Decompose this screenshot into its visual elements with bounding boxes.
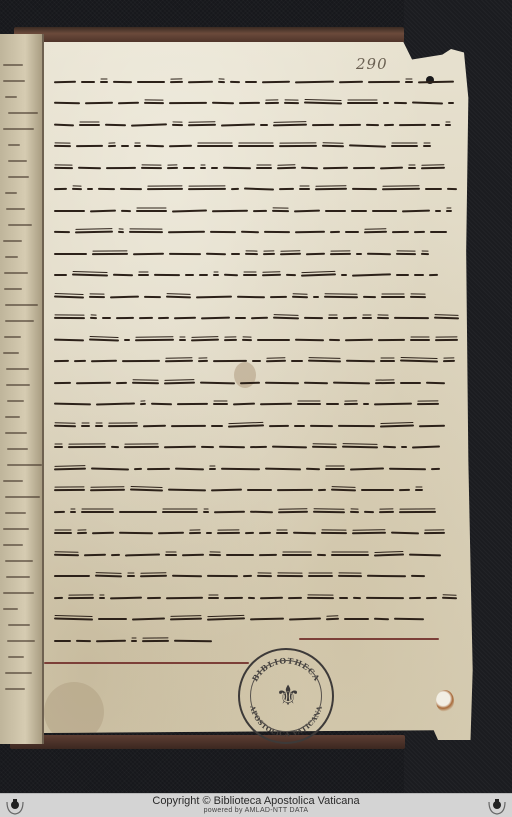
script-line <box>54 309 464 323</box>
margin-note-stroke <box>4 336 21 338</box>
script-line <box>54 567 430 581</box>
binding-top-edge <box>14 27 404 43</box>
margin-note-stroke <box>4 288 22 290</box>
script-line <box>54 330 463 344</box>
script-line <box>54 158 450 172</box>
vatican-library-logo-icon <box>486 796 508 816</box>
margin-note-stroke <box>8 144 20 146</box>
script-line <box>54 588 462 602</box>
margin-note-stroke <box>8 624 30 626</box>
script-line <box>54 545 446 559</box>
margin-note-stroke <box>3 240 22 242</box>
script-line <box>54 438 445 452</box>
margin-note-stroke <box>6 208 25 210</box>
manuscript-viewer[interactable]: 290 BIBLIOTHECA APOSTOLICA VATICANA ⚜ <box>0 0 512 793</box>
margin-note-stroke <box>8 224 32 226</box>
margin-note-stroke <box>6 384 30 386</box>
copyright-text: Copyright © Biblioteca Apostolica Vatica… <box>0 795 512 807</box>
margin-note-stroke <box>5 432 27 434</box>
papal-emblem-icon: ⚜ <box>272 676 304 716</box>
margin-note-stroke <box>8 160 27 162</box>
margin-note-stroke <box>3 128 34 130</box>
script-line <box>54 115 456 129</box>
margin-note-stroke <box>6 576 30 578</box>
margin-note-stroke <box>5 256 18 258</box>
margin-note-stroke <box>7 464 42 466</box>
rubric-underline <box>44 662 249 664</box>
margin-note-stroke <box>5 96 17 98</box>
script-line <box>54 287 431 301</box>
previous-leaf-margin <box>0 34 44 744</box>
script-line <box>54 459 445 473</box>
powered-by-text: powered by AMLAD-NTT DATA <box>0 807 512 814</box>
script-line <box>54 94 459 108</box>
script-line <box>54 373 450 387</box>
margin-note-stroke <box>8 176 29 178</box>
margin-note-stroke <box>3 528 29 530</box>
script-line <box>54 502 441 516</box>
margin-note-stroke <box>5 416 20 418</box>
script-line <box>54 352 460 366</box>
stamp-legend: BIBLIOTHECA APOSTOLICA VATICANA <box>240 650 332 742</box>
script-line <box>54 481 428 495</box>
script-line <box>54 72 459 86</box>
margin-note-stroke <box>7 400 24 402</box>
margin-note-stroke <box>3 608 18 610</box>
margin-note-stroke <box>5 320 34 322</box>
script-line <box>54 201 457 215</box>
rubric-underline <box>299 638 439 640</box>
script-line <box>54 395 444 409</box>
manuscript-page: 290 <box>44 42 477 740</box>
margin-note-stroke <box>5 560 33 562</box>
script-line <box>54 180 462 194</box>
margin-note-stroke <box>3 544 23 546</box>
margin-note-stroke <box>3 480 23 482</box>
margin-note-stroke <box>6 368 29 370</box>
margin-note-stroke <box>8 656 24 658</box>
margin-note-stroke <box>3 352 19 354</box>
library-stamp: BIBLIOTHECA APOSTOLICA VATICANA ⚜ <box>238 648 334 744</box>
margin-note-stroke <box>8 112 38 114</box>
script-line <box>54 244 434 258</box>
binding-bottom-edge <box>10 735 405 749</box>
margin-note-stroke <box>7 448 28 450</box>
margin-note-stroke <box>3 64 23 66</box>
margin-note-stroke <box>7 640 35 642</box>
script-line <box>54 223 452 237</box>
stain <box>436 690 454 712</box>
script-line <box>54 631 217 645</box>
margin-note-stroke <box>5 496 40 498</box>
folio-number: 290 <box>356 55 388 73</box>
stain <box>44 682 104 742</box>
margin-note-stroke <box>4 272 28 274</box>
margin-note-stroke <box>3 592 34 594</box>
margin-note-stroke <box>3 80 25 82</box>
margin-note-stroke <box>5 192 17 194</box>
script-line <box>54 610 429 624</box>
margin-note-stroke <box>5 304 38 306</box>
copyright-footer: Copyright © Biblioteca Apostolica Vatica… <box>0 793 512 817</box>
script-line <box>54 137 436 151</box>
svg-text:BIBLIOTHECA: BIBLIOTHECA <box>250 656 321 683</box>
script-line <box>54 416 450 430</box>
svg-text:APOSTOLICA VATICANA: APOSTOLICA VATICANA <box>248 704 324 738</box>
margin-note-stroke <box>5 512 26 514</box>
script-line <box>54 266 443 280</box>
margin-note-stroke <box>5 672 32 674</box>
margin-note-stroke <box>5 688 25 690</box>
script-line <box>54 524 450 538</box>
